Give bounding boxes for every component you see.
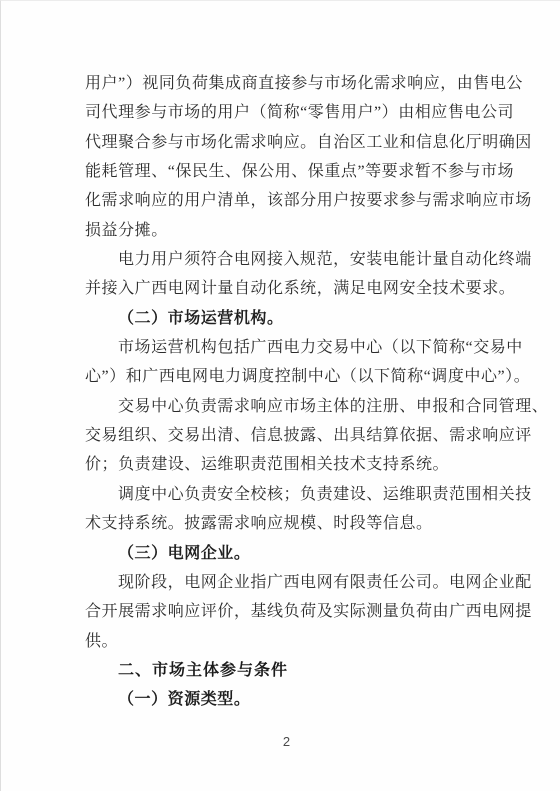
text-line: 市场运营机构包括广西电力交易中心（以下简称“交易中: [85, 333, 540, 362]
text-line: 化需求响应的用户清单，该部分用户按要求参与需求响应市场: [85, 186, 540, 215]
heading-line: （二）市场运营机构。: [85, 304, 540, 333]
text-line: 术支持系统。披露需求响应规模、时段等信息。: [85, 509, 540, 538]
text-line: 代理聚合参与市场化需求响应。自治区工业和信息化厅明确因: [85, 128, 540, 157]
text-line: 现阶段，电网企业指广西电网有限责任公司。电网企业配: [85, 568, 540, 597]
text-line: 电力用户须符合电网接入规范，安装电能计量自动化终端: [85, 245, 540, 274]
text-line: 交易中心负责需求响应市场主体的注册、申报和合同管理、: [85, 392, 540, 421]
document-content: 用户”）视同负荷集成商直接参与市场化需求响应，由售电公司代理参与市场的用户（简称…: [85, 69, 540, 715]
text-line: 交易组织、交易出清、信息披露、出具结算依据、需求响应评: [85, 421, 540, 450]
text-line: 能耗管理、“保民生、保公用、保重点”等要求暂不参与市场: [85, 157, 540, 186]
text-line: 司代理参与市场的用户（简称“零售用户”）由相应售电公司: [85, 98, 540, 127]
text-line: 并接入广西电网计量自动化系统，满足电网安全技术要求。: [85, 274, 540, 303]
document-page: 用户”）视同负荷集成商直接参与市场化需求响应，由售电公司代理参与市场的用户（简称…: [0, 0, 560, 791]
page-number: 2: [1, 734, 560, 749]
text-line: 调度中心负责安全校核；负责建设、运维职责范围相关技: [85, 480, 540, 509]
text-line: 供。: [85, 627, 540, 656]
text-line: 损益分摊。: [85, 216, 540, 245]
text-line: 合开展需求响应评价，基线负荷及实际测量负荷由广西电网提: [85, 597, 540, 626]
heading-line: （三）电网企业。: [85, 539, 540, 568]
heading-line: 二、市场主体参与条件: [85, 656, 540, 685]
text-line: 用户”）视同负荷集成商直接参与市场化需求响应，由售电公: [85, 69, 540, 98]
text-line: 心”）和广西电网电力调度控制中心（以下简称“调度中心”）。: [85, 362, 540, 391]
heading-line: （一）资源类型。: [85, 685, 540, 714]
text-line: 价；负责建设、运维职责范围相关技术支持系统。: [85, 450, 540, 479]
